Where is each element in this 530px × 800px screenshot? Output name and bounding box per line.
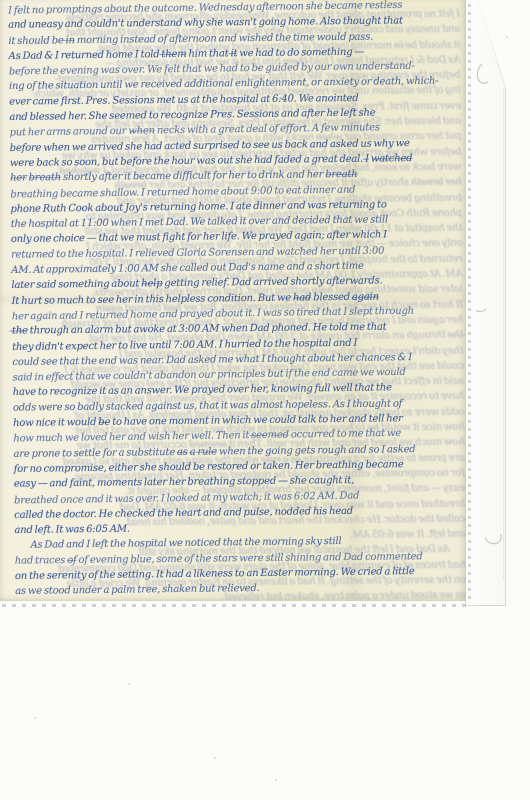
handwriting: I felt no promptings about the outcome. …: [8, 0, 466, 600]
dust-speck: [34, 717, 36, 719]
dust-speck: [214, 757, 216, 759]
sheet-edge-line: [503, 88, 504, 580]
perforation-bottom-edge: [2, 604, 470, 607]
perforation-right-edge: [468, 4, 471, 600]
dust-speck: [275, 779, 277, 781]
dust-speck: [128, 683, 130, 685]
journal-page: I felt no promptings about the outcome. …: [0, 0, 466, 601]
scanned-document: { "colors": { "ink": "#3f5c9a", "paper":…: [0, 0, 530, 800]
dust-speck: [506, 36, 508, 38]
